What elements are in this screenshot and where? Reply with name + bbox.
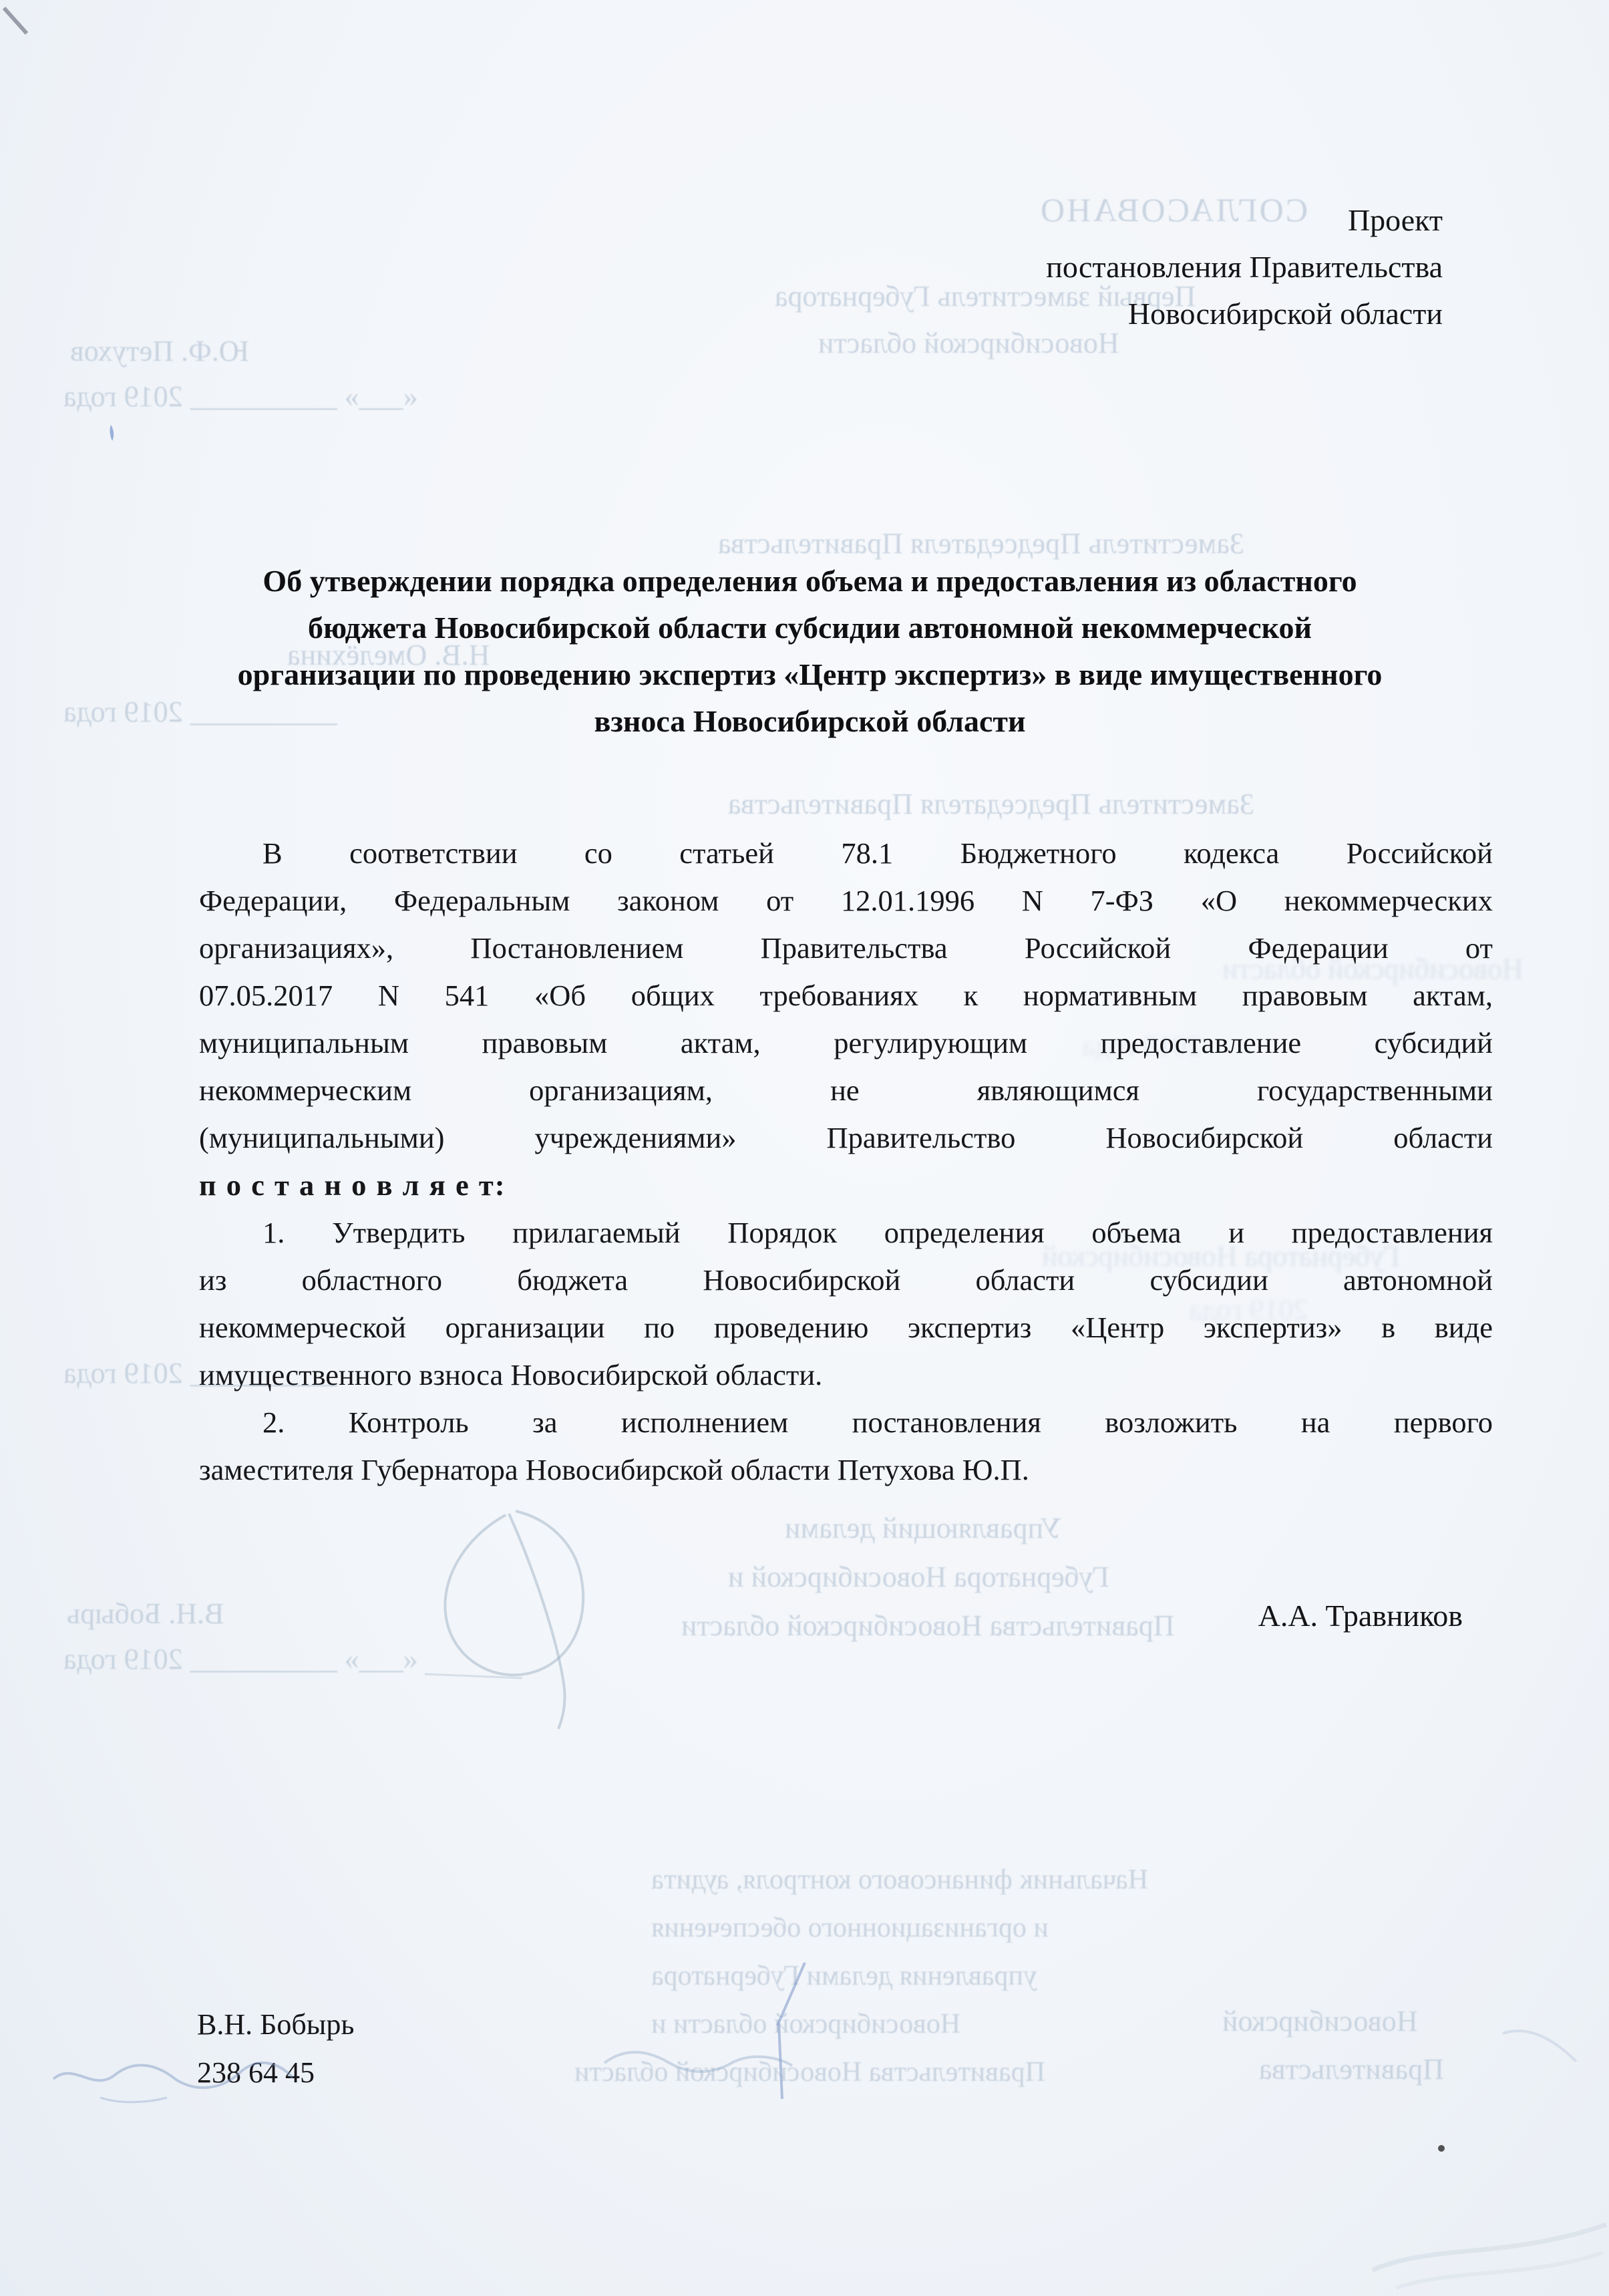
bleedthrough-head-line1: Начальник финансового контроля, аудита <box>651 1862 1148 1897</box>
handwritten-signature-bleed-mark <box>604 2052 792 2072</box>
pencil-signature-stroke <box>509 1514 565 1729</box>
item1-line: некоммерческой организации по проведению… <box>199 1304 1493 1351</box>
document-title-line: бюджета Новосибирской области субсидии а… <box>190 605 1429 651</box>
handwritten-date-bleed-mark2 <box>100 2098 167 2102</box>
executor-phone: 238 64 45 <box>197 2049 354 2097</box>
bleedthrough-deputy-chair-1: Заместитель Председателя Правительства <box>718 526 1244 561</box>
document-title-line: Об утверждении порядка определения объем… <box>190 558 1429 605</box>
item1-line: 1. Утвердить прилагаемый Порядок определ… <box>199 1209 1493 1257</box>
bleedthrough-deputy-chair-2: Заместитель Председателя Правительства <box>728 787 1254 822</box>
bleedthrough-date-blank-2: «___» __________ 2019 года <box>63 1642 418 1677</box>
ink-fleck <box>110 425 114 441</box>
item2-line: 2. Контроль за исполнением постановления… <box>199 1399 1493 1446</box>
body-paragraph-line: некоммерческим организациям, не являющим… <box>199 1067 1493 1114</box>
body-paragraph-line: В соответствии со статьей 78.1 Бюджетног… <box>199 830 1493 877</box>
decree-word: п о с т а н о в л я е т: <box>199 1162 1493 1209</box>
scanned-document-page: СОГЛАСОВАНО Первый заместитель Губернато… <box>0 0 1609 2296</box>
bleedthrough-managing-line1: Управляющий делами <box>785 1511 1061 1546</box>
document-kind-line: Новосибирской области <box>895 291 1443 337</box>
bleedthrough-name-bobyr: В.Н. Бобырь <box>67 1597 224 1631</box>
signer-name: А.А. Травников <box>995 1598 1463 1633</box>
item1-line: из областного бюджета Новосибирской обла… <box>199 1257 1493 1304</box>
bleedthrough-head-line2: и организационного обеспечения <box>651 1911 1049 1945</box>
document-kind-line: Проект <box>895 197 1443 244</box>
body-paragraph-line: организациях», Постановлением Правительс… <box>199 925 1493 972</box>
body-paragraph-line: муниципальным правовым актам, регулирующ… <box>199 1019 1493 1067</box>
document-title-line: организации по проведению экспертиз «Цен… <box>190 651 1429 698</box>
body-paragraph-line: 07.05.2017 N 541 «Об общих требованиях к… <box>199 972 1493 1019</box>
pencil-signature-loop <box>445 1511 583 1675</box>
bleedthrough-head-line4: Новосибирской области и <box>651 2007 960 2041</box>
body-paragraph-line: Федерации, Федеральным законом от 12.01.… <box>199 877 1493 925</box>
scan-speck <box>1438 2145 1445 2152</box>
bleedthrough-date-blank-1: «___» __________ 2019 года <box>63 379 418 414</box>
bleedthrough-head-line5: Правительства Новосибирской области <box>574 2055 1045 2090</box>
corner-scan-mark <box>4 8 27 33</box>
item2-line: заместителя Губернатора Новосибирской об… <box>199 1446 1493 1494</box>
pencil-dash <box>425 1674 522 1678</box>
body-paragraph-line: (муниципальными) учреждениями» Правитель… <box>199 1114 1493 1162</box>
bleedthrough-fragment-pravitelstva: Правительства <box>1259 2052 1444 2087</box>
handwritten-fragment-mark <box>1503 2031 1576 2062</box>
bleedthrough-name-petukhov: Ю.Ф. Петухов <box>70 334 249 369</box>
document-kind-line: постановления Правительства <box>895 244 1443 291</box>
document-title-line: взноса Новосибирской области <box>190 698 1429 745</box>
bleedthrough-fragment-novosibirsk: Новосибирской <box>1222 2004 1418 2039</box>
paper-smudge <box>1396 2253 1603 2288</box>
document-title: Об утверждении порядка определения объем… <box>190 558 1429 745</box>
item1-line: имущественного взноса Новосибирской обла… <box>199 1351 1493 1399</box>
document-kind-block: Проект постановления Правительства Новос… <box>895 197 1443 337</box>
document-body: В соответствии со статьей 78.1 Бюджетног… <box>199 830 1493 1494</box>
paper-smudge <box>1373 2225 1606 2270</box>
executor-name: В.Н. Бобырь <box>197 2001 354 2049</box>
bleedthrough-managing-line2: Губернатора Новосибирской и <box>728 1560 1109 1595</box>
bleedthrough-head-line3: управления делами Губернатора <box>651 1959 1037 1993</box>
executor-contact-block: В.Н. Бобырь 238 64 45 <box>197 2001 354 2097</box>
ink-check-mark <box>777 1963 805 2099</box>
